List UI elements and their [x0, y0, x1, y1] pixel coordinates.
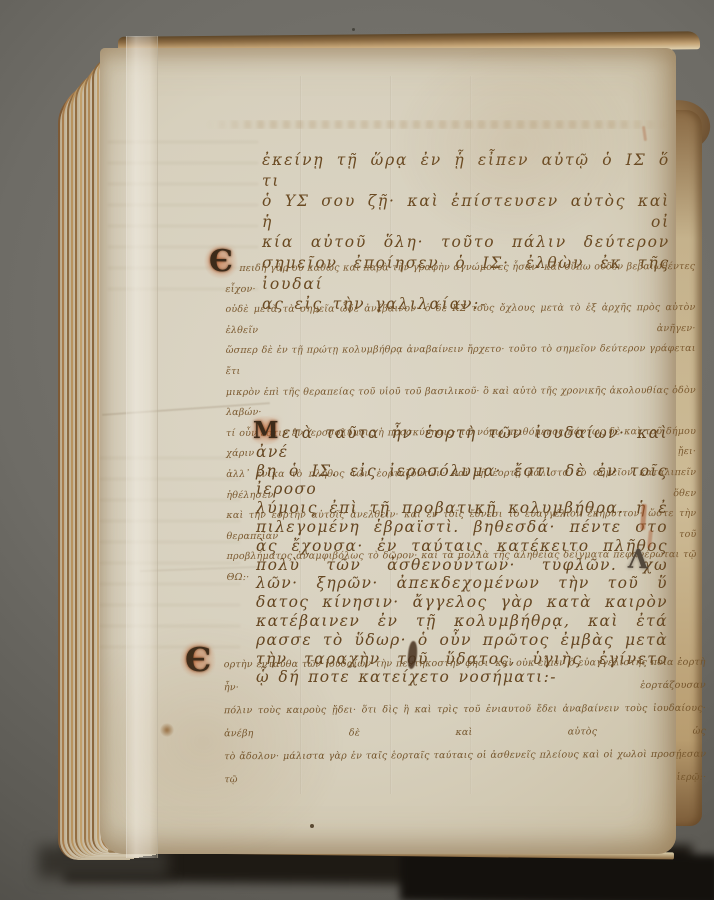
gospel-lection-text: ετὰ ταῦτα ἦν ἑορτὴ τῶν ἰουδαίων· καὶ ἀνέ…: [256, 424, 668, 687]
text-line: λῶν· ξηρῶν· ἀπεκδεχομένων τὴν τοῦ ὕ: [256, 574, 668, 593]
text-line: ετὰ ταῦτα ἦν ἑορτὴ τῶν ἰουδαίων· καὶ ἀνέ: [256, 424, 668, 462]
text-line: ορτὴν ἐνταῦθα τῶν ἰουδαίων τὴν πεντηκοστ…: [224, 651, 706, 700]
text-line: οὐδὲ μετὰ τὰ σημεῖα ὧδε ἀνέβαινον· ὁ δὲ …: [225, 298, 695, 341]
margin-lambda-mark: Λ: [627, 545, 648, 576]
manuscript-photo: ἐκείνῃ τῇ ὥρᾳ ἐν ᾗ εἶπεν αὐτῷ ὁ ΙΣ ὅ τιὁ…: [0, 0, 714, 900]
text-line: πόλιν τοὺς καιροὺς ᾔδει· ὅτι δὶς ἢ καὶ τ…: [224, 697, 706, 746]
bleed-through-trace: [100, 448, 240, 648]
text-line: πιλεγομένη ἑβραϊστὶ. βηθεσδά· πέντε στο: [256, 518, 668, 537]
lower-scholia-text: ορτὴν ἐνταῦθα τῶν ἰουδαίων τὴν πεντηκοστ…: [224, 651, 707, 792]
text-line: ὁ ΥΣ σου ζῇ· καὶ ἐπίστευσεν αὐτὸς καὶ ἡ …: [262, 191, 670, 232]
text-line: πολὺ τῶν ἀσθενούντων· τυφλῶν. χω: [256, 556, 668, 575]
text-line: ὥσπερ δὲ ἐν τῇ πρώτῃ κολυμβήθρᾳ ἀναβαίνε…: [226, 339, 696, 382]
conservation-tape-strip: [126, 36, 158, 858]
decorated-initial-epsilon-lower: Є: [180, 640, 216, 679]
text-line: λύμοις ἐπὶ τῇ προβατικῇ κολυμβήθρα. ἡ ἐ: [256, 499, 668, 518]
text-line: κατέβαινεν ἐν τῇ κολυμβήθρᾳ, καὶ ἐτά: [256, 612, 668, 631]
text-line: δατος κίνησιν· ἄγγελος γὰρ κατὰ καιρὸν: [256, 593, 668, 612]
text-line: ρασσε τὸ ὕδωρ· ὁ οὖν πρῶτος ἐμβὰς μετὰ: [256, 631, 668, 650]
stain: [160, 723, 174, 737]
text-line: ἐκείνῃ τῇ ὥρᾳ ἐν ᾗ εἶπεν αὐτῷ ὁ ΙΣ ὅ τι: [262, 150, 670, 191]
text-line: ὰς ἔχουσα· ἐν ταύταις κατέκειτο πλῆθος: [256, 537, 668, 556]
ink-speck: [310, 824, 314, 828]
text-line: κία αὐτοῦ ὅλη· τοῦτο πάλιν δεύτερον: [262, 232, 670, 253]
text-line: βη ὁ ΙΣ. εἰς ἰεροσόλυμα· ἔστι δὲ ἐν τοῖς…: [256, 462, 668, 500]
text-line: τὸ ἄδολον· μάλιστα γὰρ ἐν ταῖς ἑορταῖς τ…: [224, 743, 706, 792]
text-line: πειδὴ γὰρ οὐ καθὼς καὶ παρὰ τὴν γραφὴν ἀ…: [225, 257, 695, 300]
text-line: μικρὸν ἐπὶ τῆς θεραπείας τοῦ υἱοῦ τοῦ βα…: [226, 381, 696, 424]
faded-running-title: [205, 120, 670, 129]
manuscript-page: ἐκείνῃ τῇ ὥρᾳ ἐν ᾗ εἶπεν αὐτῷ ὁ ΙΣ ὅ τιὁ…: [100, 48, 676, 854]
